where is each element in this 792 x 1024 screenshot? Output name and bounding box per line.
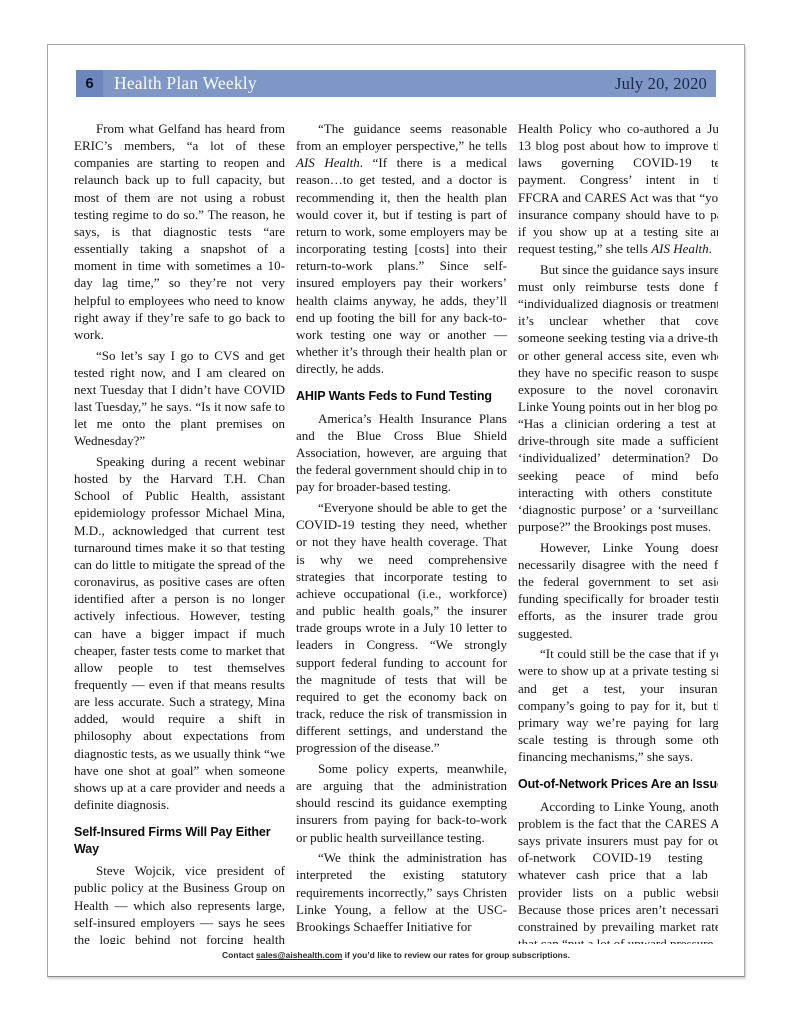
paragraph: America’s Health Insurance Plans and the… [296,410,507,496]
footer-text-prefix: Contact [222,950,256,960]
page-number: 6 [76,70,103,97]
section-heading: Self-Insured Firms Will Pay Either Way [74,824,285,857]
paragraph: However, Linke Young doesn’t necessarily… [518,539,718,642]
text-column-1: From what Gelfand has heard from ERIC’s … [74,120,285,944]
text-column-3: Health Policy who co-authored a July 13 … [518,120,718,944]
paragraph: “We think the administration has interpr… [296,849,507,935]
paragraph: Speaking during a recent webinar hosted … [74,453,285,813]
paragraph: Some policy experts, meanwhile, are argu… [296,760,507,846]
sales-email-link[interactable]: sales@aishealth.com [256,950,342,960]
paragraph: “So let’s say I go to CVS and get tested… [74,347,285,450]
paragraph: “The guidance seems reasonable from an e… [296,120,507,377]
paragraph: According to Linke Young, another proble… [518,798,718,944]
paragraph: “It could still be the case that if you … [518,645,718,765]
paragraph: From what Gelfand has heard from ERIC’s … [74,120,285,343]
section-heading: Out-of-Network Prices Are an Issue [518,776,718,793]
paragraph: Health Policy who co-authored a July 13 … [518,120,718,257]
paragraph: “Everyone should be able to get the COVI… [296,499,507,756]
header-bar: 6 Health Plan Weekly July 20, 2020 [76,70,716,97]
paragraph: But since the guidance says insurers mus… [518,261,718,536]
paragraph: Steve Wojcik, vice president of public p… [74,862,285,944]
newsletter-title: Health Plan Weekly [103,70,615,97]
footer-note: Contact sales@aishealth.com if you’d lik… [74,944,718,964]
section-heading: AHIP Wants Feds to Fund Testing [296,388,507,405]
footer-text-suffix: if you’d like to review our rates for gr… [342,950,570,960]
newsletter-page: 6 Health Plan Weekly July 20, 2020 From … [47,44,745,977]
article-columns: From what Gelfand has heard from ERIC’s … [74,120,718,944]
issue-date: July 20, 2020 [615,70,716,97]
text-column-2: “The guidance seems reasonable from an e… [296,120,507,944]
